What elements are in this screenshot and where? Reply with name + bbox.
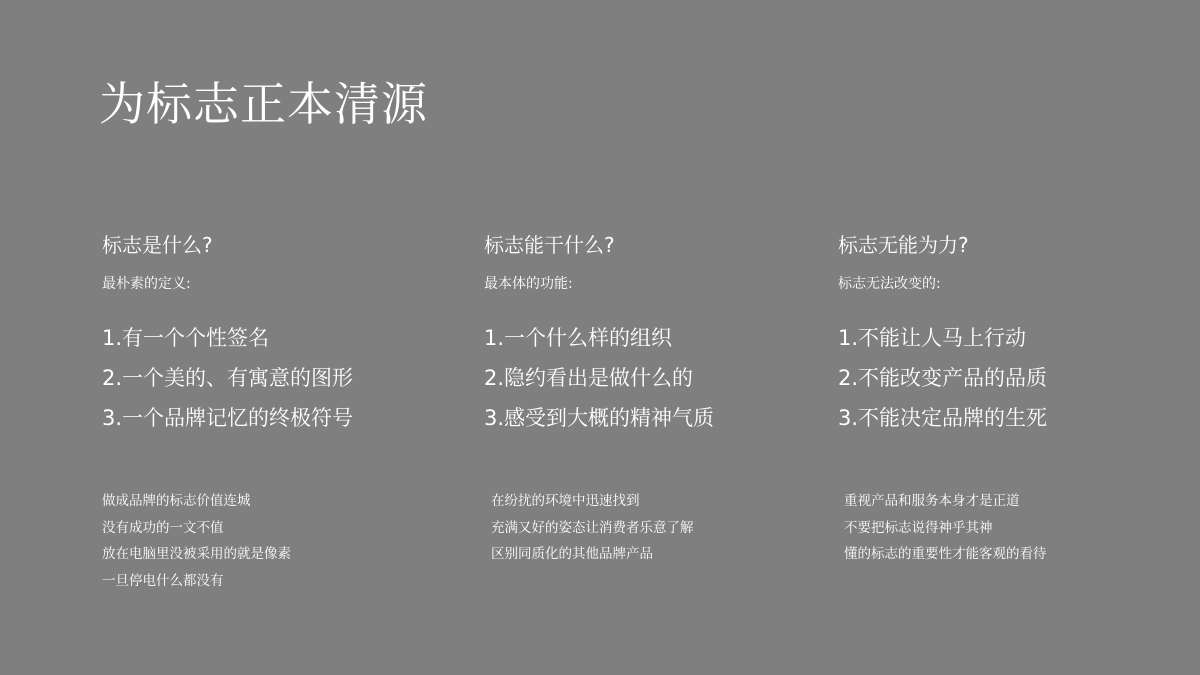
point-list: 1.一个什么样的组织 2.隐约看出是做什么的 3.感受到大概的精神气质	[484, 318, 824, 438]
point-item: 1.一个什么样的组织	[484, 318, 824, 358]
note-line: 不要把标志说得神乎其神	[844, 515, 1164, 542]
point-item: 2.不能改变产品的品质	[838, 358, 1178, 398]
note-line: 区别同质化的其他品牌产品	[491, 541, 811, 568]
note-line: 做成品牌的标志价值连城	[102, 488, 422, 515]
notes-logo-limits: 重视产品和服务本身才是正道 不要把标志说得神乎其神 懂的标志的重要性才能客观的看…	[844, 488, 1164, 568]
column-what-is-logo: 标志是什么? 最朴素的定义: 1.有一个个性签名 2.一个美的、有寓意的图形 3…	[102, 230, 442, 438]
point-list: 1.有一个个性签名 2.一个美的、有寓意的图形 3.一个品牌记忆的终极符号	[102, 318, 442, 438]
point-item: 3.感受到大概的精神气质	[484, 398, 824, 438]
note-line: 充满又好的姿态让消费者乐意了解	[491, 515, 811, 542]
note-line: 没有成功的一文不值	[102, 515, 422, 542]
column-heading: 标志能干什么?	[484, 230, 824, 260]
point-item: 1.有一个个性签名	[102, 318, 442, 358]
note-line: 重视产品和服务本身才是正道	[844, 488, 1164, 515]
note-line: 在纷扰的环境中迅速找到	[491, 488, 811, 515]
notes-what-is-logo: 做成品牌的标志价值连城 没有成功的一文不值 放在电脑里没被采用的就是像素 一旦停…	[102, 488, 422, 594]
column-logo-limits: 标志无能为力? 标志无法改变的: 1.不能让人马上行动 2.不能改变产品的品质 …	[838, 230, 1178, 438]
slide: 为标志正本清源 标志是什么? 最朴素的定义: 1.有一个个性签名 2.一个美的、…	[0, 0, 1200, 675]
slide-title: 为标志正本清源	[99, 74, 428, 134]
column-heading: 标志无能为力?	[838, 230, 1178, 260]
point-list: 1.不能让人马上行动 2.不能改变产品的品质 3.不能决定品牌的生死	[838, 318, 1178, 438]
column-subheading: 最朴素的定义:	[102, 275, 442, 293]
column-subheading: 最本体的功能:	[484, 275, 824, 293]
column-heading: 标志是什么?	[102, 230, 442, 260]
note-line: 放在电脑里没被采用的就是像素	[102, 541, 422, 568]
point-item: 3.不能决定品牌的生死	[838, 398, 1178, 438]
notes-what-logo-does: 在纷扰的环境中迅速找到 充满又好的姿态让消费者乐意了解 区别同质化的其他品牌产品	[491, 488, 811, 568]
point-item: 3.一个品牌记忆的终极符号	[102, 398, 442, 438]
column-subheading: 标志无法改变的:	[838, 275, 1178, 293]
note-line: 一旦停电什么都没有	[102, 568, 422, 595]
note-line: 懂的标志的重要性才能客观的看待	[844, 541, 1164, 568]
point-item: 2.一个美的、有寓意的图形	[102, 358, 442, 398]
point-item: 1.不能让人马上行动	[838, 318, 1178, 358]
point-item: 2.隐约看出是做什么的	[484, 358, 824, 398]
column-what-logo-does: 标志能干什么? 最本体的功能: 1.一个什么样的组织 2.隐约看出是做什么的 3…	[484, 230, 824, 438]
